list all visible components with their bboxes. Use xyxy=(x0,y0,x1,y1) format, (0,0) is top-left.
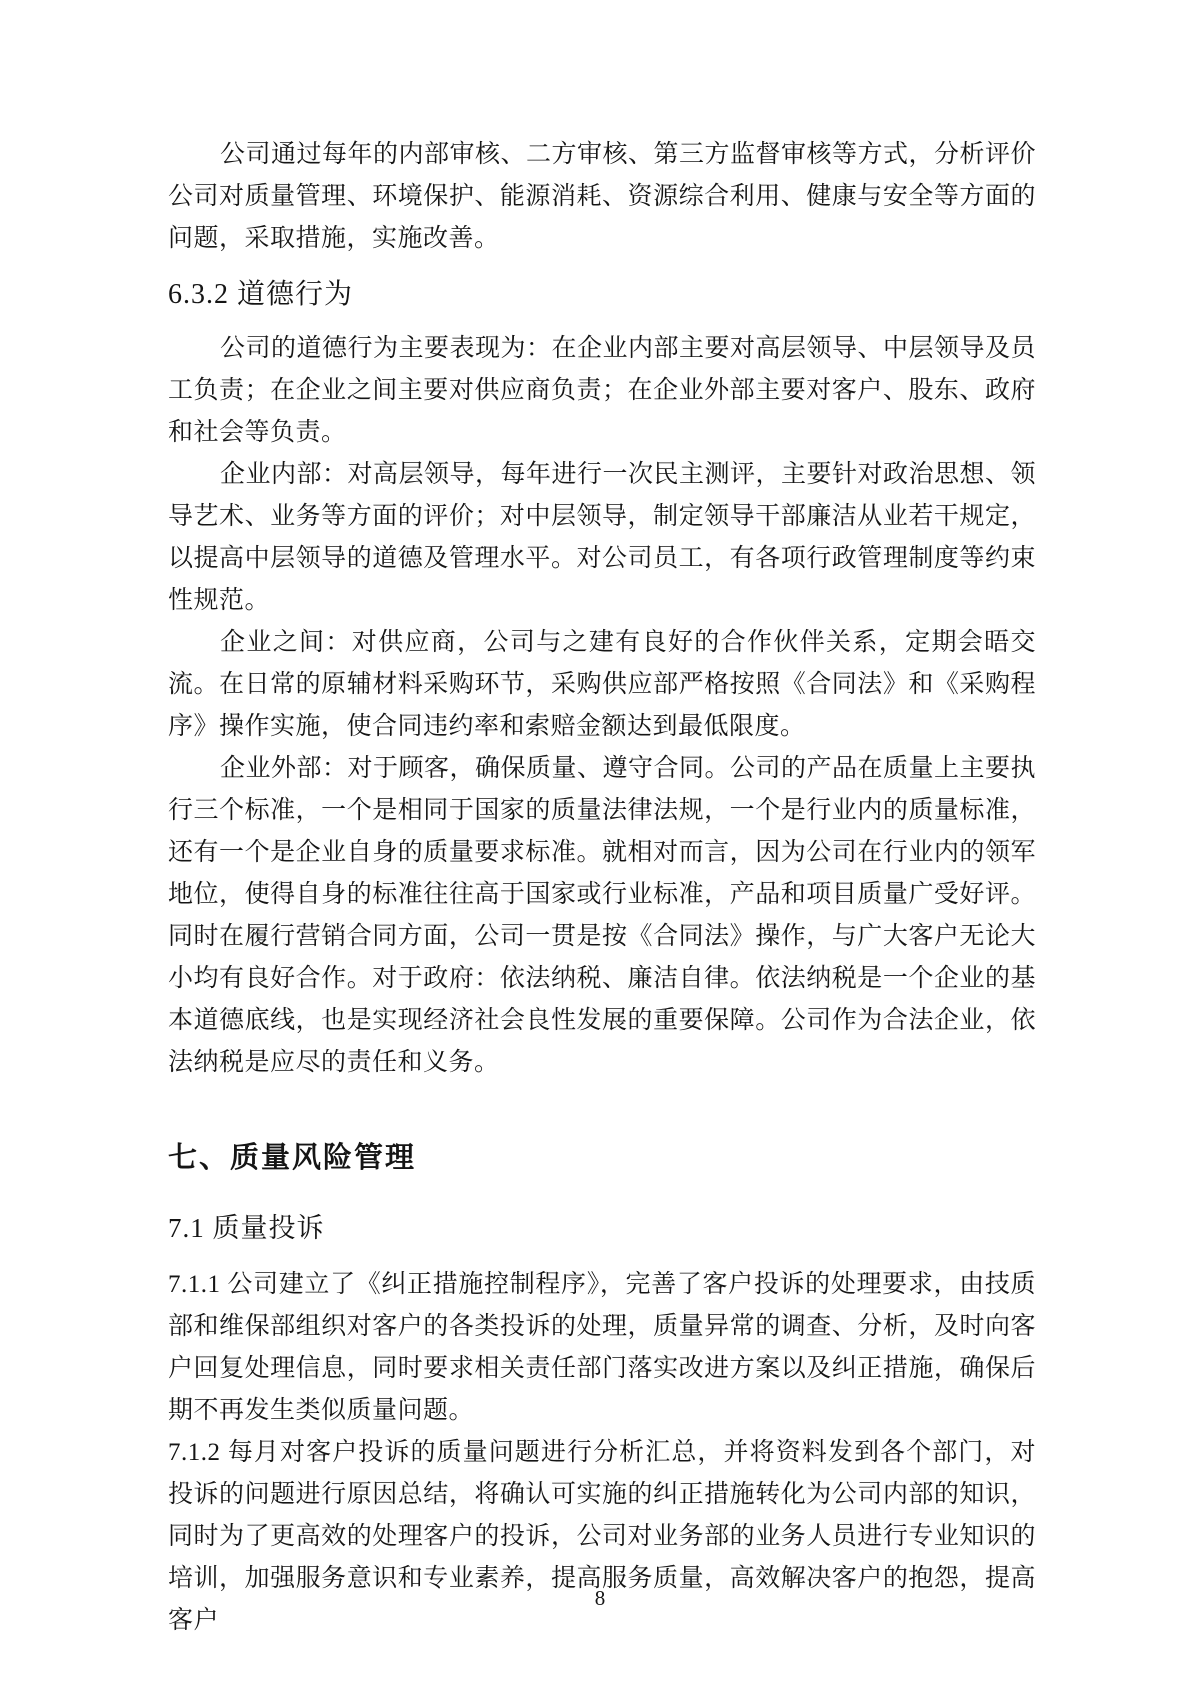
document-page: 公司通过每年的内部审核、二方审核、第三方监督审核等方式，分析评价公司对质量管理、… xyxy=(0,0,1200,1697)
page-number: 8 xyxy=(0,1585,1200,1611)
heading-chapter-7-quality-risk-management: 七、质量风险管理 xyxy=(168,1136,1036,1180)
heading-6-3-2-ethical-behavior: 6.3.2 道德行为 xyxy=(168,272,1036,318)
paragraph-audit-intro: 公司通过每年的内部审核、二方审核、第三方监督审核等方式，分析评价公司对质量管理、… xyxy=(168,134,1036,260)
paragraph-7-1-1: 7.1.1 公司建立了《纠正措施控制程序》，完善了客户投诉的处理要求，由技质部和… xyxy=(168,1264,1036,1432)
paragraph-ethics-overview: 公司的道德行为主要表现为：在企业内部主要对高层领导、中层领导及员工负责；在企业之… xyxy=(168,328,1036,454)
paragraph-ethics-internal: 企业内部：对高层领导，每年进行一次民主测评，主要针对政治思想、领导艺术、业务等方… xyxy=(168,454,1036,622)
paragraph-ethics-external: 企业外部：对于顾客，确保质量、遵守合同。公司的产品在质量上主要执行三个标准，一个… xyxy=(168,748,1036,1084)
paragraph-ethics-between-enterprises: 企业之间：对供应商，公司与之建有良好的合作伙伴关系，定期会晤交流。在日常的原辅材… xyxy=(168,622,1036,748)
heading-7-1-quality-complaints: 7.1 质量投诉 xyxy=(168,1206,1036,1250)
page-content: 公司通过每年的内部审核、二方审核、第三方监督审核等方式，分析评价公司对质量管理、… xyxy=(168,134,1036,1642)
